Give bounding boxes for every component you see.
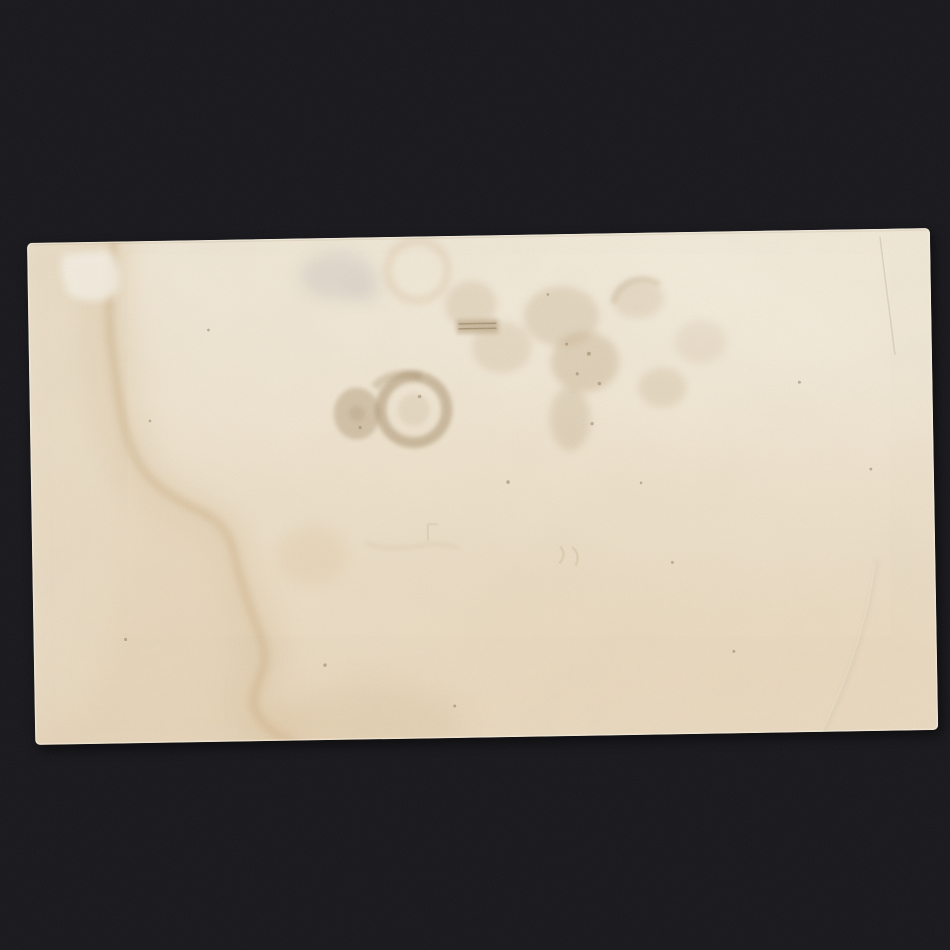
banknote-paper — [0, 220, 939, 771]
photo-backdrop — [0, 0, 950, 950]
photo — [0, 0, 950, 950]
paper-fibre-texture — [27, 228, 938, 745]
